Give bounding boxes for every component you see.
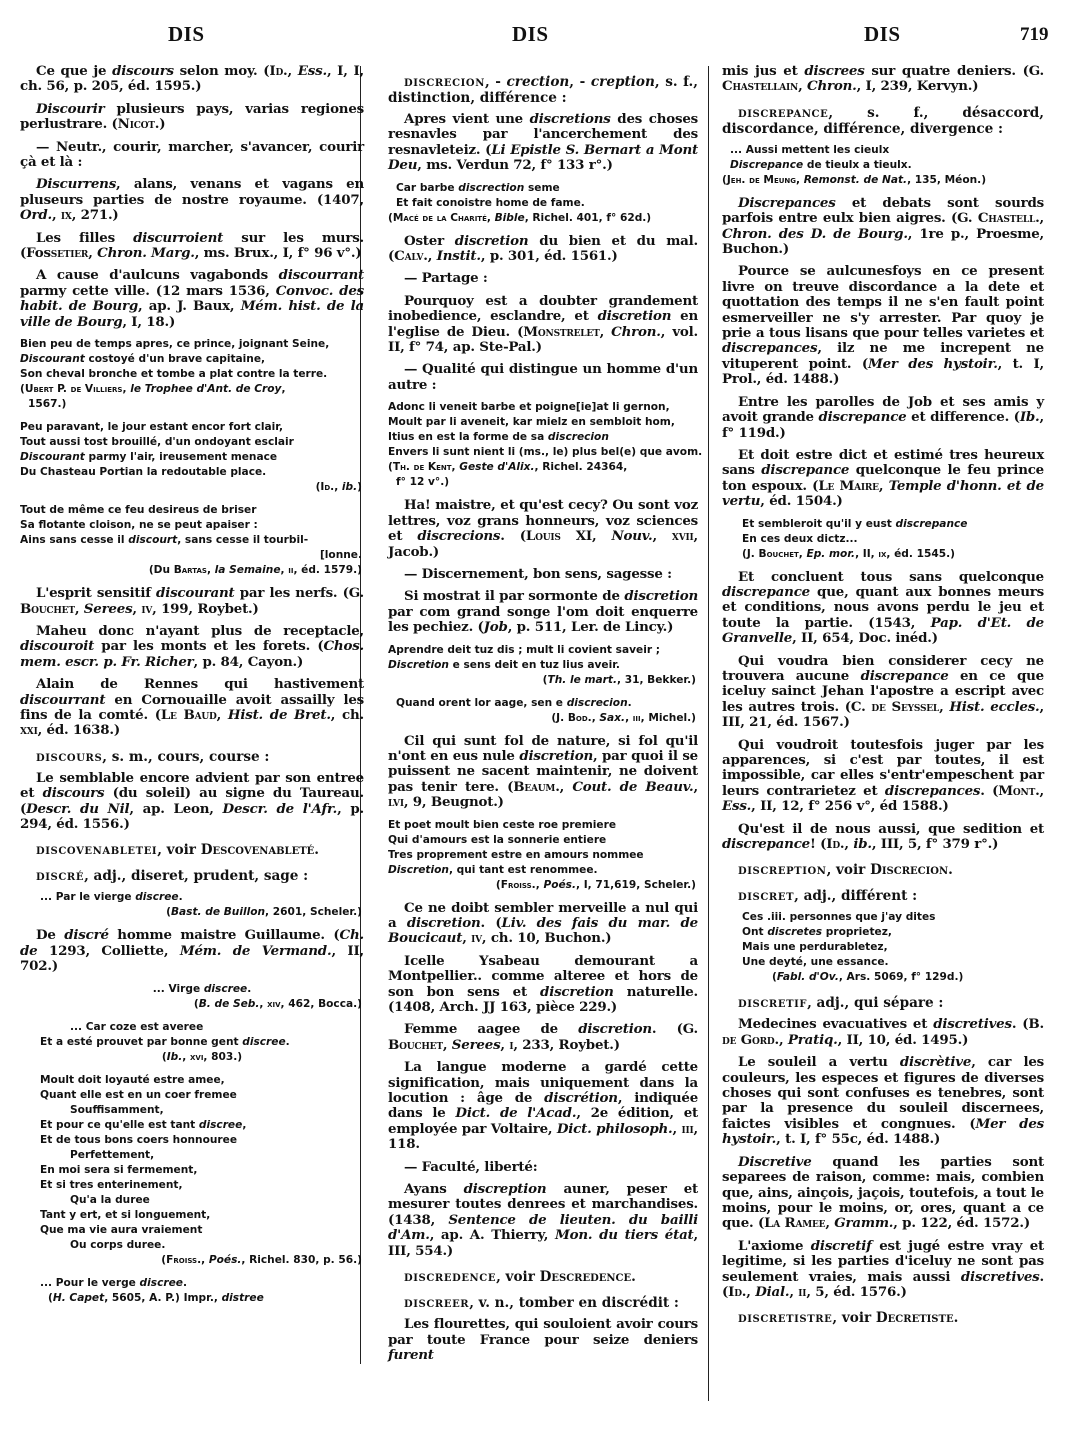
italic-citation-text: discrecions (417, 528, 500, 544)
body-text: , adj., qui sépare : (807, 995, 943, 1011)
body-text: , I, 71,619, Scheler.) (576, 879, 696, 891)
italic-citation-text: discourant (156, 585, 234, 601)
author-small-caps: de Seyssel (871, 699, 939, 715)
body-text: , (428, 248, 437, 264)
verse-line: Et sembleroit qu'il y eust discrepance (742, 517, 1044, 532)
column-right: mis jus et discrees sur quatre deniers. … (722, 64, 1044, 1332)
body-text: , (217, 707, 228, 723)
verse-line: (Froiss., Poés., Richel. 830, p. 56.) (40, 1253, 364, 1268)
body-text: proprietez, (822, 926, 892, 938)
verse-line: (Id., ib.) (20, 480, 364, 495)
entry-paragraph: Discrepances et debats sont sourds parfo… (722, 196, 1044, 258)
italic-citation-text: discree (204, 983, 247, 995)
body-text: — Qualité qui distingue un homme d'un au… (388, 361, 698, 392)
body-text: , (487, 212, 495, 224)
entry-headword-line: discrepance, s. f., désaccord, discordan… (722, 105, 1044, 137)
body-text: , I, 239, Kervyn.) (857, 78, 979, 94)
author-small-caps: Ubert P. de Villiers (25, 383, 123, 395)
verse-line: Moult doit loyauté estre amee, (40, 1073, 364, 1088)
body-text: , t. I, f° 55c, éd. 1488.) (776, 1131, 940, 1147)
body-text: , 135, Méon.) (907, 174, 986, 186)
italic-citation-text: Bast. de Buillon (171, 906, 265, 918)
body-text: , (789, 1284, 798, 1300)
entry-paragraph: — Qualité qui distingue un homme d'un au… (388, 362, 698, 393)
entry-paragraph: Qu'est il de nous aussi, que sedition et… (722, 822, 1044, 853)
author-small-caps: Le Maire (818, 478, 879, 494)
body-text: , (75, 601, 84, 617)
entry-paragraph: Le souleil a vertu discrètive, car les c… (722, 1055, 1044, 1147)
entry-headword-line: discovenabletei, voir Descovenableté. (20, 842, 364, 858)
headword: discredence (404, 1269, 496, 1285)
entry-paragraph: Pourquoy est a doubter grandement inobed… (388, 294, 698, 356)
italic-citation-text: discretion (455, 233, 529, 249)
body-text: , (652, 528, 671, 544)
body-text: Femme aagee de (404, 1021, 578, 1037)
italic-citation-text: Ib. (1020, 409, 1040, 425)
entry-paragraph: Femme aagee de discretion. (G. Bouchet, … (388, 1022, 698, 1053)
verse-quotation: Quand orent lor aage, sen e discrecion.(… (388, 696, 698, 726)
body-text: Medecines evacuatives et (738, 1016, 933, 1032)
italic-citation-text: discrepances (722, 340, 817, 356)
body-text: , 31, Bekker.) (617, 674, 696, 686)
body-text: , (88, 245, 97, 261)
body-text: , p. 122, éd. 1572.) (893, 1215, 1030, 1231)
body-text: Car barbe (396, 182, 458, 194)
italic-citation-text: Dict. philosoph. (557, 1121, 673, 1137)
body-text: . ( (980, 783, 998, 799)
verse-line: Tres proprement estre en amours nommee (388, 848, 698, 863)
entry-headword-line: discours, s. m., cours, course : (20, 749, 364, 765)
body-text: Une deyté, une essance. (742, 956, 889, 968)
verse-quotation: Aprendre deit tuz dis ; mult li covient … (388, 643, 698, 688)
dictionary-page: DIS DIS DIS 719 Ce que je discours selon… (0, 0, 1078, 1440)
body-text: , 462, Bocca.) (281, 998, 362, 1010)
body-text: En moi sera si fermement, (40, 1164, 197, 1176)
body-text: , (242, 1119, 246, 1131)
body-text: . (954, 1310, 959, 1326)
body-text: , (52, 207, 61, 223)
body-text: , éd. 1545.) (886, 548, 955, 560)
headword: discrecion (404, 74, 485, 90)
italic-citation-text: Chron. (807, 78, 857, 94)
body-text: de tieulx a tieulx. (803, 159, 911, 171)
body-text: , (462, 930, 471, 946)
body-text: , ap. J. Baux, (138, 298, 241, 314)
headword: discreer (404, 1295, 469, 1311)
body-text: mis jus et (722, 63, 804, 79)
body-text: Les filles (36, 230, 133, 246)
body-text: , 5, éd. 1576.) (806, 1284, 906, 1300)
verse-line: En moi sera si fermement, (40, 1163, 364, 1178)
italic-citation-text: Mém. de Vermand. (180, 943, 332, 959)
author-small-caps: Beaum. (513, 779, 559, 795)
italic-citation-text: Sax. (599, 712, 625, 724)
verse-line: (J. Bouchet, Ep. mor., II, ix, éd. 1545.… (742, 547, 1044, 562)
body-text: — Partage : (404, 270, 488, 286)
verse-line: ... Par le vierge discree. (40, 890, 364, 905)
verse-quotation: ... Par le vierge discree.(Bast. de Buil… (20, 890, 364, 920)
body-text: , 5605, A. P.) Impr., (104, 1292, 221, 1304)
body-text: Qui d'amours est la sonnerie entiere (388, 834, 606, 846)
body-text: , III, 5, f° 379 r°.) (872, 836, 998, 852)
body-text: , II, 654, Doc. inéd.) (792, 630, 938, 646)
body-text: Tres proprement estre en amours nommee (388, 849, 644, 861)
body-text: . (183, 1277, 187, 1289)
body-text: Le souleil a vertu (738, 1054, 900, 1070)
italic-citation-text: Chron. (611, 324, 661, 340)
italic-citation-text: crection (507, 74, 570, 90)
body-text: L'esprit sensitif (36, 585, 156, 601)
body-text: Peu paravant, le jour estant encor fort … (20, 421, 283, 433)
body-text: Et a esté prouvet par bonne gent (40, 1036, 242, 1048)
body-text: . ( (481, 915, 502, 931)
author-small-caps: iii (633, 712, 641, 724)
body-text: , 9, Beugnot.) (404, 794, 504, 810)
headword: discret (738, 888, 794, 904)
body-text: , qui tant est renommee. (449, 864, 598, 876)
italic-citation-text: Remonst. de Nat. (804, 174, 907, 186)
body-text: Son cheval bronche et tombe a plat contr… (20, 368, 327, 380)
italic-citation-text: Instit. (437, 248, 481, 264)
body-text: , ms. Verdun 72, f° 133 r°.) (417, 157, 612, 173)
body-text: , (560, 779, 573, 795)
body-text: , 199, Roybet.) (152, 601, 259, 617)
body-text: , adj., diseret, prudent, sage : (84, 868, 308, 884)
body-text: Et si tres enterinement, (40, 1179, 183, 1191)
body-text: , (443, 1037, 452, 1053)
body-text: , ch. 10, Buchon.) (482, 930, 612, 946)
verse-line: Aprendre deit tuz dis ; mult li covient … (388, 643, 698, 658)
entry-paragraph: — Discernement, bon sens, sagesse : (388, 567, 698, 582)
verse-line: Souffisamment, (40, 1103, 364, 1118)
verse-line: (Froiss., Poés., I, 71,619, Scheler.) (388, 878, 698, 893)
italic-citation-text: Discrepances (738, 195, 836, 211)
author-small-caps: xiv (267, 998, 280, 1010)
body-text: et difference. ( (906, 409, 1019, 425)
italic-citation-text: Discretive (738, 1154, 812, 1170)
body-text: Tout aussi tost brouillé, d'un ondoyant … (20, 436, 294, 448)
entry-headword-line: discretistre, voir Decretiste. (722, 1310, 1044, 1326)
body-text: Perfettement, (70, 1149, 154, 1161)
verse-line: (Th. de Kent, Geste d'Alix., Richel. 243… (388, 460, 698, 475)
body-text: Mais une perdurabletez, (742, 941, 888, 953)
body-text: Pource se aulcunesfoys en ce present liv… (722, 263, 1044, 341)
author-small-caps: Descredence (540, 1269, 632, 1285)
italic-citation-text: Poés. (543, 879, 576, 891)
body-text: selon moy. ( (174, 63, 269, 79)
verse-line: (Jeh. de Meung, Remonst. de Nat., 135, M… (722, 173, 1044, 188)
italic-citation-text: discree (199, 1119, 242, 1131)
verse-quotation: ... Virge discree.(B. de Seb., xiv, 462,… (20, 982, 364, 1012)
verse-line: Discrepance de tieulx a tieulx. (722, 158, 1044, 173)
verse-line: Que ma vie aura vraiement (40, 1223, 364, 1238)
verse-line: Car barbe discrection seme (388, 181, 698, 196)
italic-citation-text: discretions (530, 111, 611, 127)
italic-citation-text: discourrant (279, 267, 364, 283)
italic-citation-text: furent (388, 1347, 434, 1363)
body-text: Itius en est la forme de sa (388, 431, 548, 443)
body-text: . (B. (1012, 1016, 1044, 1032)
italic-citation-text: discrepances (885, 783, 980, 799)
italic-citation-text: Fabl. d'Ov. (777, 971, 839, 983)
body-text: Apres vient une (404, 111, 530, 127)
body-text: . ( (500, 528, 526, 544)
verse-line: [lonne. (20, 548, 364, 563)
body-text: , (600, 324, 612, 340)
entry-paragraph: La langue moderne a gardé cette signific… (388, 1060, 698, 1152)
verse-quotation: Adonc li veneit barbe et poigne[ie]at li… (388, 400, 698, 490)
entry-paragraph: Discourir plusieurs pays, varias regione… (20, 102, 364, 133)
italic-citation-text: Geste d'Alix. (459, 461, 534, 473)
body-text: Moult par li aveneit, kar mielz en sembl… (388, 416, 675, 428)
body-text: (J. (551, 712, 568, 724)
italic-citation-text: discrecion (567, 697, 628, 709)
italic-citation-text: discrepance (761, 462, 849, 478)
italic-citation-text: ib. (853, 836, 872, 852)
body-text: Adonc li veneit barbe et poigne[ie]at li… (388, 401, 670, 413)
verse-line: En ces deux dictz... (742, 532, 1044, 547)
body-text: , voir (496, 1269, 540, 1285)
verse-line: Bien peu de temps apres, ce prince, joig… (20, 337, 364, 352)
verse-line: (B. de Seb., xiv, 462, Bocca.) (40, 997, 364, 1012)
italic-citation-text: Th. le mart. (548, 674, 618, 686)
entry-headword-line: discredence, voir Descredence. (388, 1269, 698, 1285)
body-text: seme (524, 182, 559, 194)
verse-line: Ou corps duree. (40, 1238, 364, 1253)
body-text: Et fait conoistre home de fame. (396, 197, 585, 209)
body-text: ! ( (810, 836, 826, 852)
italic-citation-text: discrepance (896, 518, 968, 530)
italic-citation-text: Ess. (298, 63, 327, 79)
entry-paragraph: Icelle Ysabeau demourant a Montpellier..… (388, 954, 698, 1016)
body-text: — Discernement, bon sens, sagesse : (404, 566, 672, 582)
body-text: Ains sans cesse il (20, 534, 128, 546)
body-text: , (132, 601, 141, 617)
verse-line: Son cheval bronche et tombe a plat contr… (20, 367, 364, 382)
body-text: , éd. 1579.) (293, 564, 362, 576)
verse-line: Et fait conoistre home de fame. (388, 196, 698, 211)
body-text: Si mostrat il par sormonte de (404, 588, 624, 604)
body-text: , ap. Leon, (129, 801, 222, 817)
body-text: , sans cesse il tourbil- (177, 534, 308, 546)
verse-line: Sa flotante cloison, ne se peut apaiser … (20, 518, 364, 533)
body-text: , (939, 699, 949, 715)
body-text: Souffisamment, (70, 1104, 164, 1116)
body-text: Et sembleroit qu'il y eust (742, 518, 896, 530)
body-text: , 271.) (72, 207, 119, 223)
author-small-caps: Descovenableté (201, 842, 315, 858)
italic-citation-text: discretes (767, 926, 822, 938)
body-text: , Michel.) (641, 712, 696, 724)
author-small-caps: Id. (269, 63, 287, 79)
verse-line: Une deyté, une essance. (742, 955, 1044, 970)
body-text: 1293, Colliette, (37, 943, 179, 959)
body-text: Tant y ert, et si longuement, (40, 1209, 210, 1221)
body-text: , s. m., cours, course : (102, 749, 269, 765)
body-text: . (G. (652, 1021, 698, 1037)
verse-line: Tant y ert, et si longuement, (40, 1208, 364, 1223)
body-text: e sens deit en tuz lius aveir. (449, 659, 620, 671)
italic-citation-text: Descr. de l'Afr. (223, 801, 338, 817)
author-small-caps: Macé de la Charité (393, 212, 487, 224)
verse-line: Quant elle est en un coer fremee (40, 1088, 364, 1103)
verse-line: Et pour ce qu'elle est tant discree, (40, 1118, 364, 1133)
verse-line: Discourant parmy l'air, ireusement menac… (20, 450, 364, 465)
entry-paragraph: Ce que je discours selon moy. (Id., Ess.… (20, 64, 364, 95)
author-small-caps: Louis XI (526, 528, 592, 544)
body-text: , ms. Brux., I, f° 96 v°.) (195, 245, 362, 261)
author-small-caps: Decretiste (876, 1310, 954, 1326)
entry-paragraph: Entre les parolles de Job et ses amis y … (722, 395, 1044, 441)
verse-line: Perfettement, (40, 1148, 364, 1163)
body-text: , (844, 836, 853, 852)
italic-citation-text: discree (242, 1036, 285, 1048)
entry-paragraph: — Partage : (388, 271, 698, 286)
entry-headword-line: discreer, v. n., tomber en discrédit : (388, 1295, 698, 1311)
body-text: , Richel. 830, p. 56.) (241, 1254, 362, 1266)
verse-line: (H. Capet, 5605, A. P.) Impr., distree (40, 1291, 364, 1306)
body-text: [lonne. (320, 549, 362, 561)
verse-line: Discretion e sens deit en tuz lius aveir… (388, 658, 698, 673)
italic-citation-text: Hist. eccles. (949, 699, 1039, 715)
body-text: , (879, 478, 889, 494)
italic-citation-text: creption (591, 74, 655, 90)
author-small-caps: Bartas (174, 564, 207, 576)
body-text: . (247, 983, 251, 995)
italic-citation-text: discretion (624, 588, 698, 604)
body-text: , p. 301, éd. 1561.) (481, 248, 618, 264)
verse-line: Ces .iii. personnes que j'ay dites (742, 910, 1044, 925)
author-small-caps: lvi (388, 794, 404, 810)
body-text: Quant elle est en un coer fremee (40, 1089, 237, 1101)
entry-paragraph: Discretive quand les parties sont separe… (722, 1155, 1044, 1232)
verse-line: Quand orent lor aage, sen e discrecion. (388, 696, 698, 711)
entry-paragraph: Les flourettes, qui souloient avoir cour… (388, 1317, 698, 1363)
italic-citation-text: discrétion (544, 1090, 618, 1106)
italic-citation-text: discrees (804, 63, 864, 79)
body-text: Ces .iii. personnes que j'ay dites (742, 911, 935, 923)
italic-citation-text: Pratiq. (788, 1032, 838, 1048)
italic-citation-text: discrecion (548, 431, 609, 443)
italic-citation-text: Mon. du tiers état (555, 1227, 694, 1243)
body-text: , I, 18.) (122, 314, 175, 330)
body-text: . (286, 1036, 290, 1048)
italic-citation-text: discrection (458, 182, 524, 194)
body-text: , (201, 1254, 209, 1266)
body-text: costoyé d'un brave capitaine, (85, 353, 265, 365)
italic-citation-text: Serees (452, 1037, 501, 1053)
body-text: , éd. 1504.) (760, 493, 842, 509)
entry-paragraph: Oster discretion du bien et du mal. (Cal… (388, 234, 698, 265)
author-small-caps: Jeh. de Meung (727, 174, 796, 186)
entry-paragraph: L'esprit sensitif discourant par les ner… (20, 586, 364, 617)
headword: discretif (738, 995, 807, 1011)
italic-citation-text: discretion (407, 915, 481, 931)
italic-citation-text: Discretion (388, 659, 449, 671)
italic-citation-text: discours (43, 785, 105, 801)
body-text: parmy l'air, ireusement menace (85, 451, 277, 463)
body-text: ... Virge (153, 983, 204, 995)
italic-citation-text: le Trophee d'Ant. de Croy (130, 383, 281, 395)
entry-headword-line: discrecion, - crection, - creption, s. f… (388, 74, 698, 106)
page-number: 719 (1020, 24, 1049, 46)
body-text: Ce que je (36, 63, 112, 79)
author-small-caps: xvii (672, 528, 694, 544)
body-text: parmy cette ville. (12 mars 1536, (20, 283, 276, 299)
body-text: . (628, 697, 632, 709)
italic-citation-text: Ep. mor. (806, 548, 855, 560)
italic-citation-text: discourt (128, 534, 177, 546)
author-small-caps: iv (471, 930, 482, 946)
body-text: ) (357, 481, 362, 493)
author-small-caps: Bouchet (20, 601, 75, 617)
entry-paragraph: Les filles discurroient sur les murs. (F… (20, 231, 364, 262)
author-small-caps: setier (51, 245, 88, 261)
italic-citation-text: Mer des hystoir. (868, 356, 998, 372)
entry-paragraph: Medecines evacuatives et discretives. (B… (722, 1017, 1044, 1048)
verse-line: (J. Bod., Sax., iii, Michel.) (388, 711, 698, 726)
verse-line: Discourant costoyé d'un brave capitaine, (20, 352, 364, 367)
verse-line: Peu paravant, le jour estant encor fort … (20, 420, 364, 435)
entry-paragraph: Qui voudroit toutesfois juger par les ap… (722, 738, 1044, 815)
body-text: , Ars. 5069, f° 129d.) (839, 971, 964, 983)
body-text: , p. 511, Ler. de Lincy.) (508, 619, 674, 635)
verse-quotation: Et sembleroit qu'il y eust discrepanceEn… (722, 517, 1044, 562)
verse-line: Mais une perdurabletez, (742, 940, 1044, 955)
entry-paragraph: Cil qui sunt fol de nature, si fol qu'il… (388, 734, 698, 811)
author-small-caps: Monstrelet (523, 324, 599, 340)
italic-citation-text: Dict. de l'Acad. (455, 1105, 576, 1121)
author-small-caps: ix (61, 207, 72, 223)
body-text: — Faculté, liberté: (404, 1159, 537, 1175)
body-text: , p. 84, Cayon.) (194, 654, 304, 670)
column-middle: discrecion, - crection, - creption, s. f… (388, 64, 698, 1370)
body-text: ... Aussi mettent les cieulx (730, 144, 889, 156)
entry-paragraph: Qui voudra bien considerer cecy ne trouv… (722, 654, 1044, 731)
body-text: , (1040, 783, 1044, 799)
body-text: Qu'a la duree (70, 1194, 150, 1206)
verse-line: Qui d'amours est la sonnerie entiere (388, 833, 698, 848)
verse-quotation: Et poet moult bien ceste roe premiereQui… (388, 818, 698, 893)
italic-citation-text: discourrant (20, 692, 105, 708)
italic-citation-text: la Semaine (215, 564, 281, 576)
body-text: , (259, 998, 267, 1010)
body-text: , II, 10, éd. 1495.) (838, 1032, 969, 1048)
body-text: . (631, 1269, 636, 1285)
verse-line: Tout aussi tost brouillé, d'un ondoyant … (20, 435, 364, 450)
verse-line: (Ib., xvi, 803.) (40, 1050, 364, 1065)
body-text: Moult doit loyauté estre amee, (40, 1074, 225, 1086)
author-small-caps: Id. (320, 481, 334, 493)
verse-line: ... Aussi mettent les cieulx (722, 143, 1044, 158)
body-text: Bien peu de temps apres, ce prince, joig… (20, 338, 329, 350)
entry-paragraph: Apres vient une discretions des choses r… (388, 112, 698, 174)
verse-line: (Macé de la Charité, Bible, Richel. 401,… (388, 211, 698, 226)
body-text: Que ma vie aura vraiement (40, 1224, 202, 1236)
author-small-caps: Le Baud (161, 707, 217, 723)
body-text: Envers li sunt nient li (ms., le) plus b… (388, 446, 702, 458)
body-text: , (182, 1051, 190, 1063)
entry-paragraph: — Neutr., courir, marcher, s'avancer, co… (20, 140, 364, 171)
italic-citation-text: Discrepance (730, 159, 803, 171)
body-text: Alain de Rennes qui hastivement (36, 676, 364, 692)
body-text: Ont (742, 926, 767, 938)
body-text: , éd. 1638.) (38, 722, 120, 738)
body-text: , voir (157, 842, 201, 858)
entry-headword-line: discret, adj., différent : (722, 888, 1044, 904)
verse-line: Envers li sunt nient li (ms., le) plus b… (388, 445, 698, 460)
body-text: , (779, 1032, 788, 1048)
